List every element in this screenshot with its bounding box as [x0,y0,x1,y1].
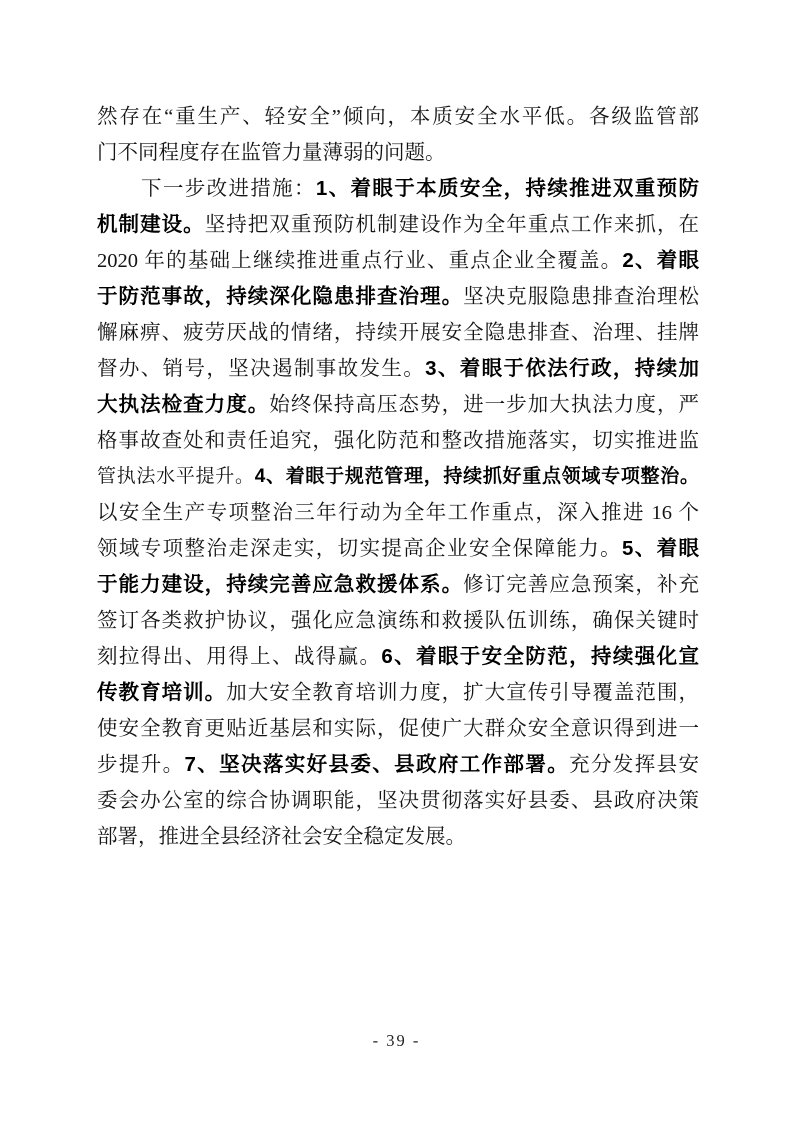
text-segment: 步提升。 [97,754,185,776]
emphasis-text-segment: 于防范事故，持续深化隐患排查治理。 [97,285,463,308]
text-segment: 委会办公室的综合协调职能，坚决贯彻落实好县委、县政府决策 [97,790,699,812]
emphasis-text-segment: 大执法检查力度。 [97,393,269,416]
emphasis-text-segment: 2、着眼 [622,249,699,272]
text-segment: 督办、销号，坚决遏制事故发生。 [97,358,425,380]
text-segment: 格事故查处和责任追究，强化防范和整改措施落实，切实推进监 [97,430,699,452]
text-line: 于防范事故，持续深化隐患排查治理。坚决克服隐患排查治理松 [97,279,699,315]
emphasis-text-segment: 于能力建设，持续完善应急救援体系。 [97,573,463,596]
text-line: 大执法检查力度。始终保持高压态势，进一步加大执法力度，严 [97,387,699,423]
page-number: - 39 - [0,1031,793,1051]
text-segment: 领域专项整治走深走实，切实提高企业安全保障能力。 [97,538,622,560]
text-segment: 加大安全教育培训力度，扩大宣传引导覆盖范围， [226,682,699,704]
text-line: 懈麻痹、疲劳厌战的情绪，持续开展安全隐患排查、治理、挂牌 [97,315,699,351]
text-segment: 2020 年的基础上继续推进重点行业、重点企业全覆盖。 [97,250,622,272]
text-segment: 签订各类救护协议，强化应急演练和救援队伍训练，确保关键时 [97,610,699,632]
text-line: 2020 年的基础上继续推进重点行业、重点企业全覆盖。2、着眼 [97,243,699,279]
emphasis-text-segment: 传教育培训。 [97,681,226,704]
text-line: 下一步改进措施：1、着眼于本质安全，持续推进双重预防 [97,171,699,207]
text-segment: 始终保持高压态势，进一步加大执法力度，严 [269,394,699,416]
text-segment: 管执法水平提升。 [97,466,255,487]
text-segment: 门不同程度存在监管力量薄弱的问题。 [97,142,446,164]
text-line: 督办、销号，坚决遏制事故发生。3、着眼于依法行政，持续加 [97,351,699,387]
emphasis-text-segment: 机制建设。 [97,213,205,236]
text-segment: 坚持把双重预防机制建设作为全年重点工作来抓，在 [205,214,699,236]
text-line: 委会办公室的综合协调职能，坚决贯彻落实好县委、县政府决策 [97,783,699,819]
text-segment: 然存在“重生产、轻安全”倾向，本质安全水平低。各级监管部 [97,106,699,128]
text-line: 部署，推进全县经济社会安全稳定发展。 [97,819,699,855]
emphasis-text-segment: 5、着眼 [622,537,699,560]
text-line: 然存在“重生产、轻安全”倾向，本质安全水平低。各级监管部 [97,99,699,135]
text-segment: 部署，推进全县经济社会安全稳定发展。 [97,826,466,848]
text-line: 以安全生产专项整治三年行动为全年工作重点，深入推进 16 个 [97,495,699,531]
text-line: 领域专项整治走深走实，切实提高企业安全保障能力。5、着眼 [97,531,699,567]
emphasis-text-segment: 7、坚决落实好县委、县政府工作部署。 [185,753,570,776]
text-line: 格事故查处和责任追究，强化防范和整改措施落实，切实推进监 [97,423,699,459]
text-line: 传教育培训。加大安全教育培训力度，扩大宣传引导覆盖范围， [97,675,699,711]
text-segment: 坚决克服隐患排查治理松 [463,286,699,308]
text-segment: 下一步改进措施： [141,178,316,200]
text-line: 管执法水平提升。4、着眼于规范管理，持续抓好重点领域专项整治。 [97,459,699,495]
text-line: 机制建设。坚持把双重预防机制建设作为全年重点工作来抓，在 [97,207,699,243]
emphasis-text-segment: 1、着眼于本质安全，持续推进双重预防 [316,177,699,200]
text-segment: 懈麻痹、疲劳厌战的情绪，持续开展安全隐患排查、治理、挂牌 [97,322,699,344]
text-line: 步提升。7、坚决落实好县委、县政府工作部署。充分发挥县安 [97,747,699,783]
text-line: 使安全教育更贴近基层和实际，促使广大群众安全意识得到进一 [97,711,699,747]
text-segment: 修订完善应急预案，补充 [463,574,699,596]
emphasis-text-segment: 4、着眼于规范管理，持续抓好重点领域专项整治。 [255,466,699,487]
document-body: 然存在“重生产、轻安全”倾向，本质安全水平低。各级监管部门不同程度存在监管力量薄… [97,99,699,855]
text-line: 刻拉得出、用得上、战得赢。6、着眼于安全防范，持续强化宣 [97,639,699,675]
text-segment: 以安全生产专项整治三年行动为全年工作重点，深入推进 16 个 [97,502,699,524]
text-line: 门不同程度存在监管力量薄弱的问题。 [97,135,699,171]
emphasis-text-segment: 6、着眼于安全防范，持续强化宣 [381,645,699,668]
text-line: 于能力建设，持续完善应急救援体系。修订完善应急预案，补充 [97,567,699,603]
document-page: 然存在“重生产、轻安全”倾向，本质安全水平低。各级监管部门不同程度存在监管力量薄… [0,0,793,1122]
emphasis-text-segment: 3、着眼于依法行政，持续加 [425,357,699,380]
text-line: 签订各类救护协议，强化应急演练和救援队伍训练，确保关键时 [97,603,699,639]
text-segment: 刻拉得出、用得上、战得赢。 [97,646,381,668]
text-segment: 使安全教育更贴近基层和实际，促使广大群众安全意识得到进一 [97,718,699,740]
text-segment: 充分发挥县安 [569,754,699,776]
